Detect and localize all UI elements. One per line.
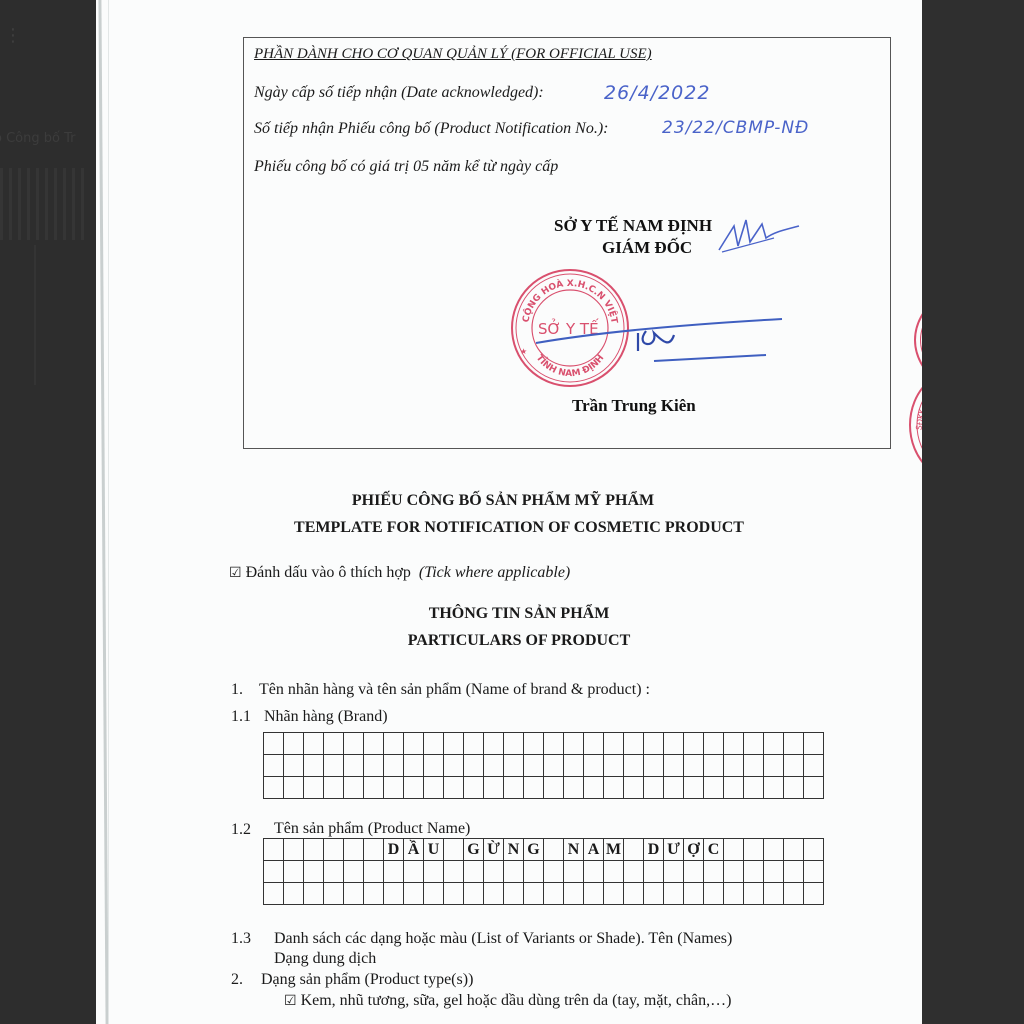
grid-cell — [724, 733, 744, 755]
paper-edge-inner — [108, 0, 109, 1024]
grid-cell — [424, 777, 444, 799]
grid-cell: C — [704, 839, 724, 861]
item-1-1-label: Nhãn hàng (Brand) — [264, 708, 388, 726]
date-acknowledged-value: 26/4/2022 — [604, 82, 710, 104]
tick-instruction-vi: Đánh dấu vào ô thích hợp — [246, 564, 411, 581]
grid-cell — [744, 733, 764, 755]
grid-cell — [264, 883, 284, 905]
grid-cell — [804, 883, 824, 905]
seal-signature-stroke — [534, 303, 794, 373]
grid-cell — [564, 733, 584, 755]
grid-cell — [484, 861, 504, 883]
grid-cell — [364, 755, 384, 777]
grid-cell — [664, 755, 684, 777]
grid-cell: G — [524, 839, 544, 861]
brand-grid — [263, 732, 824, 799]
grid-cell — [304, 755, 324, 777]
grid-cell — [344, 839, 364, 861]
grid-cell — [784, 755, 804, 777]
grid-cell — [624, 777, 644, 799]
grid-cell — [364, 777, 384, 799]
grid-cell: Ợ — [684, 839, 704, 861]
grid-cell — [304, 861, 324, 883]
grid-cell — [764, 883, 784, 905]
grid-cell — [544, 839, 564, 861]
grid-cell — [644, 861, 664, 883]
overlay-right — [922, 0, 1024, 1024]
validity-note: Phiếu công bố có giá trị 05 năm kể từ ng… — [254, 158, 558, 176]
grid-cell — [744, 777, 764, 799]
grid-cell — [724, 861, 744, 883]
grid-cell — [424, 733, 444, 755]
grid-cell — [404, 755, 424, 777]
section-title-en: PARTICULARS OF PRODUCT — [106, 632, 922, 650]
grid-cell — [764, 733, 784, 755]
grid-cell — [744, 861, 764, 883]
grid-cell — [384, 861, 404, 883]
grid-cell — [364, 839, 384, 861]
image-viewer: PHẦN DÀNH CHO CƠ QUAN QUẢN LÝ (FOR OFFIC… — [96, 0, 922, 1024]
item-1-3-label: Danh sách các dạng hoặc màu (List of Var… — [274, 930, 732, 948]
grid-cell — [724, 839, 744, 861]
grid-cell — [424, 755, 444, 777]
grid-cell — [584, 861, 604, 883]
grid-cell — [564, 755, 584, 777]
grid-cell — [284, 839, 304, 861]
grid-cell: N — [564, 839, 584, 861]
grid-cell: A — [584, 839, 604, 861]
grid-cell — [704, 755, 724, 777]
item-2-option-label: Kem, nhũ tương, sữa, gel hoặc dầu dùng t… — [301, 992, 732, 1009]
grid-cell — [604, 861, 624, 883]
grid-cell — [644, 777, 664, 799]
grid-cell — [744, 755, 764, 777]
background-grid — [0, 168, 90, 240]
grid-cell — [324, 883, 344, 905]
grid-cell — [464, 777, 484, 799]
grid-cell — [704, 733, 724, 755]
grid-cell — [704, 883, 724, 905]
grid-cell — [644, 883, 664, 905]
svg-text:★: ★ — [520, 347, 527, 356]
grid-cell: U — [424, 839, 444, 861]
signer-name: Trần Trung Kiên — [572, 396, 696, 416]
grid-cell — [624, 883, 644, 905]
item-1-label: Tên nhãn hàng và tên sản phẩm (Name of b… — [259, 681, 650, 699]
grid-cell — [264, 777, 284, 799]
grid-cell — [664, 777, 684, 799]
grid-cell: D — [644, 839, 664, 861]
grid-cell — [444, 777, 464, 799]
grid-cell — [284, 755, 304, 777]
grid-cell — [724, 777, 744, 799]
grid-cell — [504, 755, 524, 777]
grid-cell — [564, 777, 584, 799]
grid-cell — [724, 883, 744, 905]
grid-cell — [484, 883, 504, 905]
grid-cell — [384, 755, 404, 777]
grid-cell — [644, 733, 664, 755]
grid-cell — [444, 839, 464, 861]
grid-cell — [364, 861, 384, 883]
grid-cell — [344, 883, 364, 905]
item-2-label: Dạng sản phẩm (Product type(s)) — [261, 971, 473, 989]
grid-cell — [484, 733, 504, 755]
grid-cell — [504, 777, 524, 799]
product-name-grid: DẦUGỪNGNAMDƯỢC — [263, 838, 824, 905]
grid-cell — [804, 755, 824, 777]
grid-cell — [584, 883, 604, 905]
grid-cell — [524, 883, 544, 905]
grid-cell — [424, 861, 444, 883]
grid-cell — [344, 861, 364, 883]
grid-cell — [384, 733, 404, 755]
authority-role: GIÁM ĐỐC — [602, 238, 692, 258]
item-1-number: 1. — [231, 681, 243, 699]
grid-cell — [784, 861, 804, 883]
checkbox-checked-icon: ☑ — [284, 993, 297, 1009]
grid-cell — [284, 777, 304, 799]
grid-cell — [684, 755, 704, 777]
grid-cell: Ư — [664, 839, 684, 861]
grid-cell — [744, 883, 764, 905]
grid-cell — [744, 839, 764, 861]
grid-cell — [604, 883, 624, 905]
grid-cell — [624, 861, 644, 883]
grid-cell — [404, 777, 424, 799]
grid-cell — [764, 777, 784, 799]
grid-cell — [684, 777, 704, 799]
grid-cell — [444, 733, 464, 755]
grid-cell — [524, 755, 544, 777]
grid-cell — [684, 861, 704, 883]
grid-cell — [384, 777, 404, 799]
grid-cell — [724, 755, 744, 777]
item-2-number: 2. — [231, 971, 243, 989]
grid-cell — [504, 883, 524, 905]
grid-cell — [704, 777, 724, 799]
background-page: ⋮ ó Công bố Tr — [0, 0, 96, 1024]
svg-text:SĐKK: SĐKK — [914, 407, 922, 431]
grid-cell — [784, 839, 804, 861]
grid-cell — [284, 883, 304, 905]
section-title-vi: THÔNG TIN SẢN PHẨM — [106, 605, 922, 623]
grid-cell — [444, 755, 464, 777]
edge-seal-fragment-2: SĐKK — [904, 380, 922, 470]
grid-cell — [284, 861, 304, 883]
grid-cell — [584, 733, 604, 755]
notification-no-value: 23/22/CBMP-NĐ — [662, 118, 809, 138]
grid-cell — [464, 883, 484, 905]
grid-cell — [784, 777, 804, 799]
grid-cell — [484, 755, 504, 777]
grid-cell — [664, 861, 684, 883]
grid-cell — [304, 777, 324, 799]
document-title-vi: PHIẾU CÔNG BỐ SẢN PHẨM MỸ PHẨM — [96, 492, 916, 510]
grid-cell: M — [604, 839, 624, 861]
grid-cell — [544, 755, 564, 777]
grid-cell — [684, 733, 704, 755]
grid-cell — [364, 883, 384, 905]
authority-name: SỞ Y TẾ NAM ĐỊNH — [554, 216, 712, 236]
grid-cell — [564, 861, 584, 883]
edge-seal-fragment — [914, 310, 922, 370]
grid-cell — [324, 755, 344, 777]
grid-cell — [544, 733, 564, 755]
director-signature — [714, 208, 804, 258]
grid-cell — [344, 733, 364, 755]
grid-cell — [264, 733, 284, 755]
grid-cell — [604, 733, 624, 755]
grid-cell — [464, 733, 484, 755]
grid-cell — [804, 861, 824, 883]
grid-cell — [384, 883, 404, 905]
grid-cell — [504, 861, 524, 883]
grid-cell — [624, 755, 644, 777]
grid-cell — [764, 755, 784, 777]
grid-cell — [264, 755, 284, 777]
item-1-2-number: 1.2 — [231, 821, 251, 839]
grid-cell — [464, 861, 484, 883]
grid-cell — [284, 733, 304, 755]
grid-cell: D — [384, 839, 404, 861]
item-1-2-label: Tên sản phẩm (Product Name) — [274, 820, 470, 838]
grid-cell — [804, 733, 824, 755]
grid-cell — [404, 883, 424, 905]
tick-instruction: ☑ Đánh dấu vào ô thích hợp (Tick where a… — [229, 564, 570, 582]
grid-cell — [544, 883, 564, 905]
item-1-3-value: Dạng dung dịch — [274, 950, 376, 968]
background-title: ó Công bố Tr — [0, 131, 75, 146]
grid-cell — [764, 861, 784, 883]
grid-cell — [444, 861, 464, 883]
grid-cell — [444, 883, 464, 905]
kebab-menu-icon[interactable]: ⋮ — [4, 26, 22, 46]
grid-cell — [804, 839, 824, 861]
background-divider — [34, 245, 36, 385]
grid-cell — [544, 861, 564, 883]
grid-cell — [524, 777, 544, 799]
grid-cell — [464, 755, 484, 777]
grid-cell — [584, 777, 604, 799]
grid-cell — [664, 883, 684, 905]
official-use-box: PHẦN DÀNH CHO CƠ QUAN QUẢN LÝ (FOR OFFIC… — [243, 37, 891, 449]
grid-cell — [504, 733, 524, 755]
grid-cell — [424, 883, 444, 905]
grid-cell — [264, 861, 284, 883]
grid-cell — [404, 861, 424, 883]
tick-instruction-en: (Tick where applicable) — [419, 564, 570, 581]
grid-cell — [604, 777, 624, 799]
document-title-en: TEMPLATE FOR NOTIFICATION OF COSMETIC PR… — [106, 519, 922, 537]
grid-cell — [324, 839, 344, 861]
grid-cell — [564, 883, 584, 905]
grid-cell — [524, 861, 544, 883]
grid-cell — [804, 777, 824, 799]
grid-cell — [404, 733, 424, 755]
notification-no-label: Số tiếp nhận Phiếu công bố (Product Noti… — [254, 120, 608, 138]
grid-cell — [704, 861, 724, 883]
grid-cell — [364, 733, 384, 755]
grid-cell — [344, 777, 364, 799]
item-1-3-number: 1.3 — [231, 930, 251, 948]
grid-cell — [684, 883, 704, 905]
grid-cell: Ừ — [484, 839, 504, 861]
grid-cell — [784, 883, 804, 905]
grid-cell — [324, 861, 344, 883]
grid-cell — [764, 839, 784, 861]
grid-cell — [784, 733, 804, 755]
grid-cell: Ầ — [404, 839, 424, 861]
grid-cell — [324, 733, 344, 755]
grid-cell — [624, 839, 644, 861]
grid-cell — [324, 777, 344, 799]
item-2-option: ☑ Kem, nhũ tương, sữa, gel hoặc dầu dùng… — [284, 992, 731, 1010]
grid-cell — [524, 733, 544, 755]
grid-cell — [304, 883, 324, 905]
grid-cell — [304, 733, 324, 755]
grid-cell — [604, 755, 624, 777]
grid-cell: G — [464, 839, 484, 861]
checkbox-checked-icon: ☑ — [229, 565, 242, 581]
item-1-1-number: 1.1 — [231, 708, 251, 726]
date-acknowledged-label: Ngày cấp số tiếp nhận (Date acknowledged… — [254, 84, 544, 102]
grid-cell — [344, 755, 364, 777]
grid-cell — [644, 755, 664, 777]
grid-cell — [624, 733, 644, 755]
grid-cell: N — [504, 839, 524, 861]
grid-cell — [484, 777, 504, 799]
grid-cell — [304, 839, 324, 861]
grid-cell — [584, 755, 604, 777]
grid-cell — [264, 839, 284, 861]
official-use-heading: PHẦN DÀNH CHO CƠ QUAN QUẢN LÝ (FOR OFFIC… — [254, 46, 652, 63]
grid-cell — [544, 777, 564, 799]
grid-cell — [664, 733, 684, 755]
